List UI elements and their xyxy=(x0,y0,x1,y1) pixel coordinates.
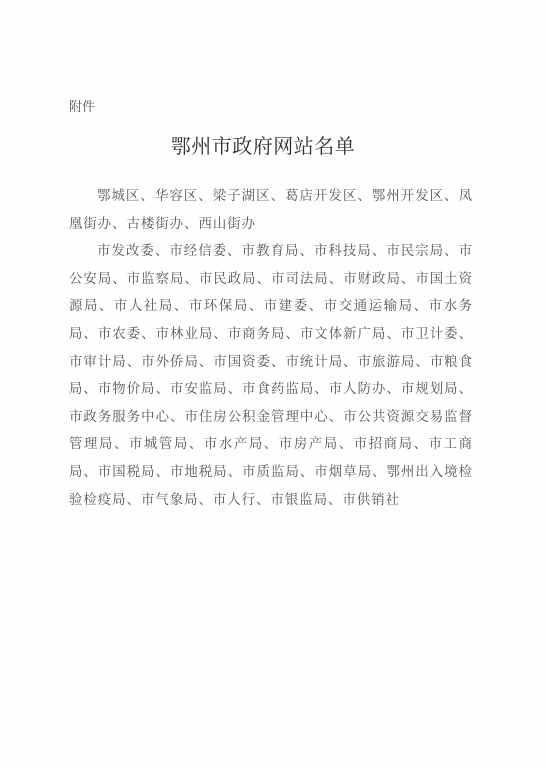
paragraph-districts: 鄂城区、华容区、梁子湖区、葛店开发区、鄂州开发区、凤凰街办、古楼街办、西山街办 xyxy=(69,183,473,238)
document-body: 鄂城区、华容区、梁子湖区、葛店开发区、鄂州开发区、凤凰街办、古楼街办、西山街办 … xyxy=(69,183,473,514)
document-title: 鄂州市政府网站名单 xyxy=(0,130,546,159)
document-title-text: 鄂州市政府网站名单 xyxy=(171,134,356,158)
attachment-label: 附件 xyxy=(69,96,95,115)
document-page: 附件 鄂州市政府网站名单 鄂城区、华容区、梁子湖区、葛店开发区、鄂州开发区、凤凰… xyxy=(0,0,546,768)
paragraph-departments: 市发改委、市经信委、市教育局、市科技局、市民宗局、市公安局、市监察局、市民政局、… xyxy=(69,238,473,514)
